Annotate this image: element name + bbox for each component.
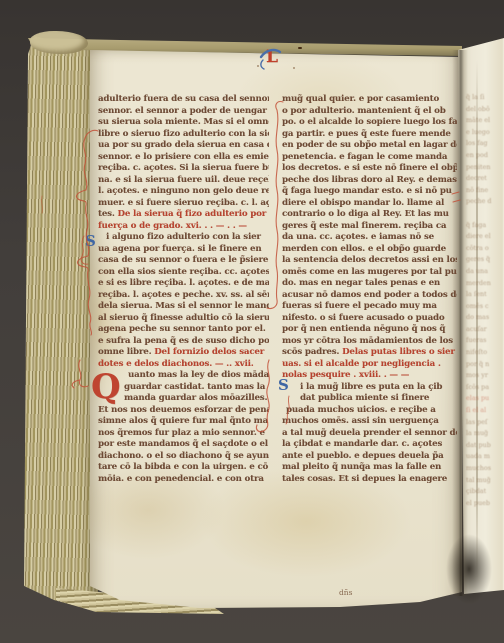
text-line: na. e si la sierua fuere uil. deue reçeb… [98, 175, 269, 187]
text-line: ga partir. e pues q̃ este fuere mende [282, 129, 457, 141]
bleed-through-line: nifeſto [466, 347, 504, 359]
text-line: adulterio fuera de su casa del sennor. e… [98, 94, 269, 106]
text-line: omēs come en las mugeres por tal pua [282, 267, 457, 279]
text-line: guardar castidat. tanto mas la [98, 382, 269, 394]
text-line: diere el obispo mandar lo. llame al [282, 198, 457, 210]
text-line: acusar nō damos end poder a todos de [282, 290, 457, 302]
text-line: con ella sios siente reçiba. cc. açotes [98, 267, 269, 279]
text-line: fueras si fuere el pecado muy ma [282, 301, 457, 313]
left-column: adulterio fuera de su casa del sennor. e… [98, 94, 269, 485]
text-line: tales cosas. Et si depues la enagere [282, 474, 457, 486]
chapter-initial-q: Q [91, 370, 121, 404]
bleed-through-line: peniten [466, 162, 504, 174]
text-line: dotes e delos diachonos. — .. xvii. [98, 359, 269, 371]
text-line: ante el pueblo. e depues deuela p̃a [282, 451, 457, 463]
text-line: contrario o lo diga al Rey. Et las mu [282, 209, 457, 221]
bleed-through-line: e luego [466, 127, 504, 139]
bleed-through-line: acuſar [466, 324, 504, 336]
text-line: Et nos nos deuemos esforzar de pena [98, 405, 269, 417]
text-line: muer. e si fuere sieruo reçiba. c. l. aç… [98, 198, 269, 210]
bleed-through-line: dat pub [466, 440, 504, 452]
bleed-through-text: q̃ la ſidel obōmāte ele luegolos fagen p… [466, 92, 504, 509]
text-line: peche dos libras doro al Rey. e demas [282, 175, 457, 187]
bleed-through-line: del obō [466, 104, 504, 116]
catchword: dñs [339, 588, 352, 597]
text-line: da una. cc. açotes. e iamas nō se [282, 232, 457, 244]
text-line: dela sierua. Mas si el sennor le mande [98, 301, 269, 313]
bleed-through-line: la ſent [466, 289, 504, 301]
text-line: i alguno fizo adulterio con la sier [98, 232, 269, 244]
text-line: la çibdat e mandarle dar. c. açotes [282, 439, 457, 451]
bleed-through-line: en pod [466, 150, 504, 162]
text-line: diachono. o el so diachono q̃ se ayun [98, 451, 269, 463]
bleed-through-line: q̃ la ſi [466, 92, 504, 104]
text-line: sennor. el sennor a poder de uengar se e… [98, 106, 269, 118]
bleed-through-line: elas pu [466, 393, 504, 405]
bleed-through-line: merden [466, 278, 504, 290]
text-line: q̃ faga luego mandar esto. e si nō pu [282, 186, 457, 198]
text-line: en poder de su obp̃o metal en lagar de [282, 140, 457, 152]
text-line: muchos omēs. assi sin uerguença [282, 416, 457, 428]
text-line: mōia. e con penedencial. e con otra [98, 474, 269, 486]
bleed-through-line: omēs c [466, 301, 504, 313]
page-edge-stack-left [24, 34, 98, 618]
gutter-shadow [446, 534, 492, 604]
manuscript-photo: q̃ la ſidel obōmāte ele luegolos fagen p… [0, 0, 504, 643]
bleed-through-line: uada m [466, 451, 504, 463]
bleed-through-line: los fag [466, 138, 504, 150]
text-line: omne libre. Del fornizio delos sacer [98, 347, 269, 359]
bleed-through-line: peche d [466, 196, 504, 208]
bleed-through-line: por q̃ n [466, 359, 504, 371]
text-line: la sentencia delos decretos assi en los [282, 255, 457, 267]
text-line: los decretos. e si este nō finere el obp… [282, 163, 457, 175]
text-line: simne alos q̃ quiere fur mal q̃nto ma [98, 416, 269, 428]
text-line: por este mandamos q̃ el saçdote o el [98, 439, 269, 451]
text-line: reçiba. l. açotes e peche. xv. ss. al sē… [98, 290, 269, 302]
text-line: ua por su grado dela sierua en casa del [98, 140, 269, 152]
text-line: e si es libre reçiba. l. açotes. e de ma… [98, 278, 269, 290]
text-line: nos q̃remos fur plaz a mio sennor. e [98, 428, 269, 440]
right-column: mug̃ qual quier. e por casamientoo por a… [282, 94, 457, 485]
text-line: a tal mug̃ deuela prender el sennor de [282, 428, 457, 440]
bleed-through-line: geres q̃ [466, 254, 504, 266]
bleed-through-line: çibdat [466, 486, 504, 498]
bleed-through-line: ſcōs pa [466, 382, 504, 394]
text-line: mug̃ qual quier. e por casamiento [282, 94, 457, 106]
text-line: por q̃ nen entienda nēguno q̃ nos q̃ [282, 324, 457, 336]
text-line: scōs padres. Delas putas libres o sier [282, 347, 457, 359]
text-line: al sieruo q̃ finesse adultio cō la sieru… [98, 313, 269, 325]
bleed-through-line: diere el [466, 231, 504, 243]
bleed-through-line: māte el [466, 115, 504, 127]
text-line: puada muchos uicios. e reçibe a [282, 405, 457, 417]
text-line: nolas pesquire . xviii. . — — [282, 370, 457, 382]
text-line: nifesto. o si fuere acusado o puado [282, 313, 457, 325]
bleed-through-line: q̃ faga [466, 220, 504, 232]
text-line: uas. si el alcalde por negligencia . [282, 359, 457, 371]
text-line: tare cō la bibda e con la uirgen. e cō [98, 462, 269, 474]
text-line: agena peche su sennor tanto por el. [98, 324, 269, 336]
text-line: l. açotes. e ninguno non gelo deue re [98, 186, 269, 198]
folio-number: L [266, 47, 278, 67]
text-line: su sierua sola miente. Mas si el omne [98, 117, 269, 129]
text-line: e sufra la pena q̃ es de suso dicho por [98, 336, 269, 348]
text-line: mos yr cōtra los mādamientos de los [282, 336, 457, 348]
ink-dot [257, 65, 259, 67]
text-line: penetencia. e fagan le come manda [282, 152, 457, 164]
bleed-through-line: da una [466, 266, 504, 278]
bleed-through-line: las peſ [466, 417, 504, 429]
ink-dot [293, 67, 295, 69]
text-line: i la mug̃ libre es puta en la çib [282, 382, 457, 394]
text-line: ua agena por fuerça. si le finere en [98, 244, 269, 256]
bleed-through-line: muchos [466, 463, 504, 475]
bleed-through-line: cōtra o [466, 243, 504, 255]
text-line: geres q̃ este mal finerem. reçiba ca [282, 221, 457, 233]
bleed-through-line: tal mug̃ [466, 475, 504, 487]
text-line: merden con ellos. e el obp̃o guarde [282, 244, 457, 256]
bleed-through-line: mos yr [466, 370, 504, 382]
bleed-through-line: decret [466, 173, 504, 185]
text-line: uanto mas la ley de dios māda a [98, 370, 269, 382]
text-line: dat publica miente si finere [282, 393, 457, 405]
bleed-through-line: do mas [466, 312, 504, 324]
paragraph-initial-s-left: S [85, 234, 96, 249]
text-line: po. o el alcalde lo sopiere luego los fa [282, 117, 457, 129]
bleed-through-line: fueras [466, 335, 504, 347]
text-line: libre o sieruo fizo adulterio con la sie… [98, 129, 269, 141]
text-line: tes. De la sierua q̃ fizo adulterio por [98, 209, 269, 221]
text-line: do. mas en negar tales penas e en [282, 278, 457, 290]
text-line: sennor. e lo prisiere con ella es emield… [98, 152, 269, 164]
worn-corner [30, 31, 88, 54]
text-line: mal pleito q̃ nunq̃a mas la falle en [282, 462, 457, 474]
text-line: casa de su sennor o fuera e le p̃siere [98, 255, 269, 267]
text-line: reçiba. c. açotes. Si la sierua fuere bu… [98, 163, 269, 175]
text-line: fuerça o de grado. xvi. . . — . . — [98, 221, 269, 233]
bleed-through-line: el pueb [466, 498, 504, 510]
bleed-through-line: nō fine [466, 185, 504, 197]
paragraph-initial-s-right: S [278, 378, 289, 393]
bleed-through-line [466, 208, 504, 220]
bleed-through-line: ſi el al [466, 405, 504, 417]
text-line: o por adulterio. mantenient q̃ el ob̃ [282, 106, 457, 118]
bleed-through-line: la mug̃ [466, 428, 504, 440]
text-line: manda guardar alos mōazilles. [98, 393, 269, 405]
